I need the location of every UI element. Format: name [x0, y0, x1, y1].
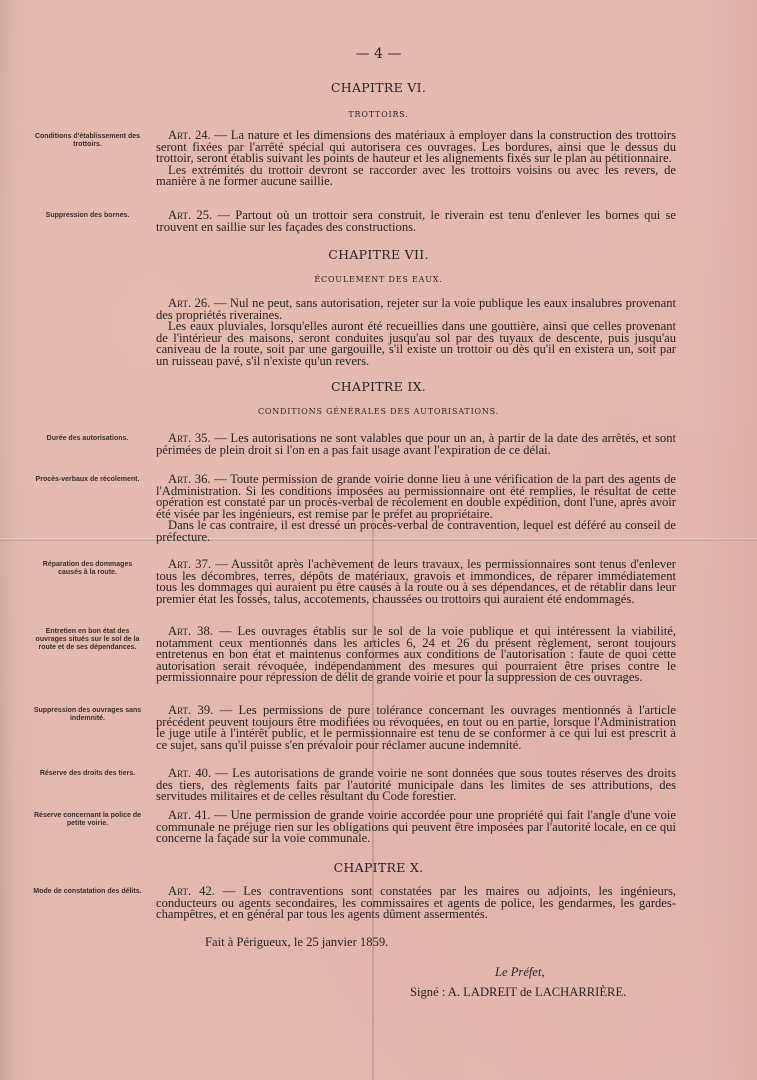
article-24: Art. 24. — La nature et les dimensions d…: [156, 130, 676, 188]
article-41: Art. 41. — Une permission de grande voir…: [156, 810, 676, 845]
margin-note-art36: Procès-verbaux de récolement.: [30, 476, 145, 484]
article-26: Art. 26. — Nul ne peut, sans autorisatio…: [156, 298, 676, 368]
chapter-7-subtitle: ÉCOULEMENT DES EAUX.: [0, 275, 757, 284]
signature: Signé : A. LADREIT de LACHARRIÈRE.: [410, 985, 626, 1000]
article-35: Art. 35. — Les autorisations ne sont val…: [156, 433, 676, 456]
margin-note-art39: Suppression des ouvrages sans indemnité.: [30, 707, 145, 723]
article-40: Art. 40. — Les autorisations de grande v…: [156, 768, 676, 803]
article-38: Art. 38. — Les ouvrages établis sur le s…: [156, 626, 676, 684]
article-36: Art. 36. — Toute permission de grande vo…: [156, 474, 676, 544]
chapter-6-title: CHAPITRE VI.: [0, 80, 757, 95]
article-37: Art. 37. — Aussitôt après l'achèvement d…: [156, 559, 676, 605]
margin-note-art40: Réserve des droits des tiers.: [30, 770, 145, 778]
margin-note-art38: Entretien en bon état des ouvrages situé…: [30, 628, 145, 652]
margin-note-art24: Conditions d'établissement des trottoirs…: [30, 133, 145, 149]
chapter-10-title: CHAPITRE X.: [0, 860, 757, 875]
article-39: Art. 39. — Les permissions de pure tolér…: [156, 705, 676, 751]
document-page: — 4 — CHAPITRE VI. TROTTOIRS. Conditions…: [0, 0, 757, 1080]
margin-note-art37: Réparation des dommages causés à la rout…: [30, 561, 145, 577]
article-25: Art. 25. — Partout où un trottoir sera c…: [156, 210, 676, 233]
margin-note-art42: Mode de constatation des délits.: [30, 888, 145, 896]
page-number: — 4 —: [0, 46, 757, 62]
chapter-9-subtitle: CONDITIONS GÉNÉRALES DES AUTORISATIONS.: [0, 407, 757, 416]
signatory-title: Le Préfet,: [495, 965, 545, 980]
margin-note-art35: Durée des autorisations.: [30, 435, 145, 443]
place-and-date: Fait à Périgueux, le 25 janvier 1859.: [205, 935, 388, 950]
chapter-6-subtitle: TROTTOIRS.: [0, 110, 757, 119]
margin-note-art25: Suppression des bornes.: [30, 212, 145, 220]
margin-note-art41: Réserve concernant la police de petite v…: [30, 812, 145, 828]
article-42: Art. 42. — Les contraventions sont const…: [156, 886, 676, 921]
chapter-9-title: CHAPITRE IX.: [0, 379, 757, 394]
chapter-7-title: CHAPITRE VII.: [0, 247, 757, 262]
